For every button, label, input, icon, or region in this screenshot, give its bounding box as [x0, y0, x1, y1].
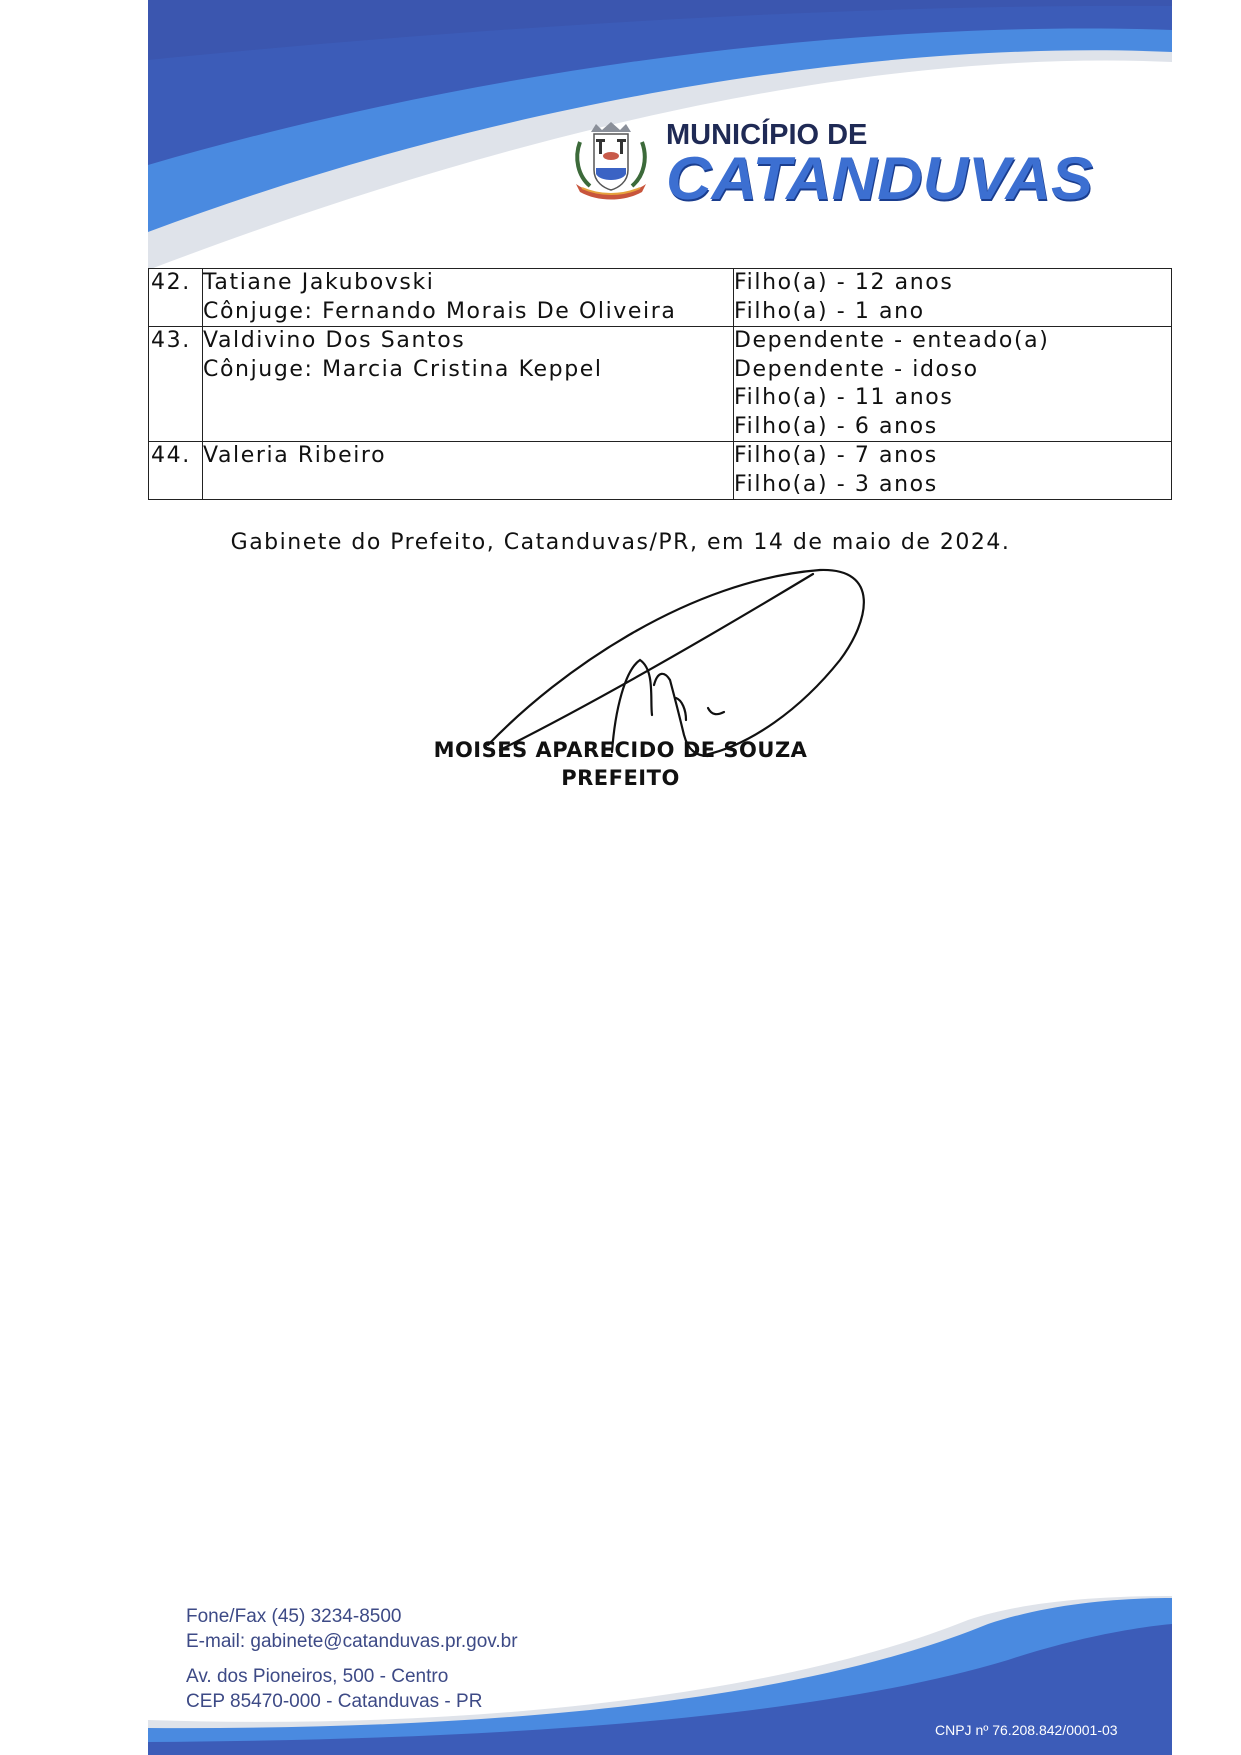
- dependent-entry: Filho(a) - 12 anos: [734, 269, 1171, 298]
- footer-street: Av. dos Pioneiros, 500 - Centro: [186, 1664, 482, 1689]
- signer-title: PREFEITO: [0, 764, 1241, 792]
- dependent-entry: Filho(a) - 3 anos: [734, 471, 1171, 500]
- spouse-name: Cônjuge: Marcia Cristina Keppel: [203, 356, 733, 385]
- place-date-line: Gabinete do Prefeito, Catanduvas/PR, em …: [0, 530, 1241, 555]
- footer-address: Av. dos Pioneiros, 500 - Centro CEP 8547…: [186, 1664, 482, 1714]
- dependent-entry: Filho(a) - 11 anos: [734, 384, 1171, 413]
- footer-cep: CEP 85470-000 - Catanduvas - PR: [186, 1689, 482, 1714]
- holder-name: Tatiane Jakubovski: [203, 269, 733, 298]
- footer-contact: Fone/Fax (45) 3234-8500 E-mail: gabinete…: [186, 1604, 518, 1654]
- holder-names-cell: Valeria Ribeiro: [203, 442, 734, 500]
- row-number: 43.: [149, 327, 203, 442]
- footer-cnpj: CNPJ nº 76.208.842/0001-03: [935, 1722, 1118, 1738]
- municipality-brand: MUNICÍPIO DE CATANDUVAS: [666, 120, 1073, 208]
- dependent-entry: Dependente - enteado(a): [734, 327, 1171, 356]
- holder-name: Valdivino Dos Santos: [203, 327, 733, 356]
- row-number: 44.: [149, 442, 203, 500]
- row-number: 42.: [149, 269, 203, 327]
- coat-of-arms-icon: [566, 118, 656, 202]
- dependent-entry: Dependente - idoso: [734, 356, 1171, 385]
- dependent-entry: Filho(a) - 7 anos: [734, 442, 1171, 471]
- holder-name: Valeria Ribeiro: [203, 442, 733, 471]
- handwritten-signature: [440, 560, 880, 760]
- signer-name: MOISES APARECIDO DE SOUZA: [0, 736, 1241, 764]
- dependents-cell: Filho(a) - 12 anosFilho(a) - 1 ano: [734, 269, 1172, 327]
- spouse-name: Cônjuge: Fernando Morais De Oliveira: [203, 298, 733, 327]
- table-row: 42.Tatiane JakubovskiCônjuge: Fernando M…: [149, 269, 1172, 327]
- dependents-cell: Dependente - enteado(a)Dependente - idos…: [734, 327, 1172, 442]
- document-page: MUNICÍPIO DE CATANDUVAS 42.Tatiane Jakub…: [0, 0, 1241, 1755]
- dependent-entry: Filho(a) - 6 anos: [734, 413, 1171, 442]
- brand-line2: CATANDUVAS: [666, 150, 1093, 208]
- signer-block: MOISES APARECIDO DE SOUZA PREFEITO: [0, 736, 1241, 792]
- holder-names-cell: Tatiane JakubovskiCônjuge: Fernando Mora…: [203, 269, 734, 327]
- beneficiaries-table: 42.Tatiane JakubovskiCônjuge: Fernando M…: [148, 268, 1172, 500]
- table-row: 44.Valeria RibeiroFilho(a) - 7 anosFilho…: [149, 442, 1172, 500]
- dependent-entry: Filho(a) - 1 ano: [734, 298, 1171, 327]
- table-row: 43.Valdivino Dos SantosCônjuge: Marcia C…: [149, 327, 1172, 442]
- footer-phone: Fone/Fax (45) 3234-8500: [186, 1604, 518, 1629]
- footer-email[interactable]: E-mail: gabinete@catanduvas.pr.gov.br: [186, 1629, 518, 1654]
- holder-names-cell: Valdivino Dos SantosCônjuge: Marcia Cris…: [203, 327, 734, 442]
- dependents-cell: Filho(a) - 7 anosFilho(a) - 3 anos: [734, 442, 1172, 500]
